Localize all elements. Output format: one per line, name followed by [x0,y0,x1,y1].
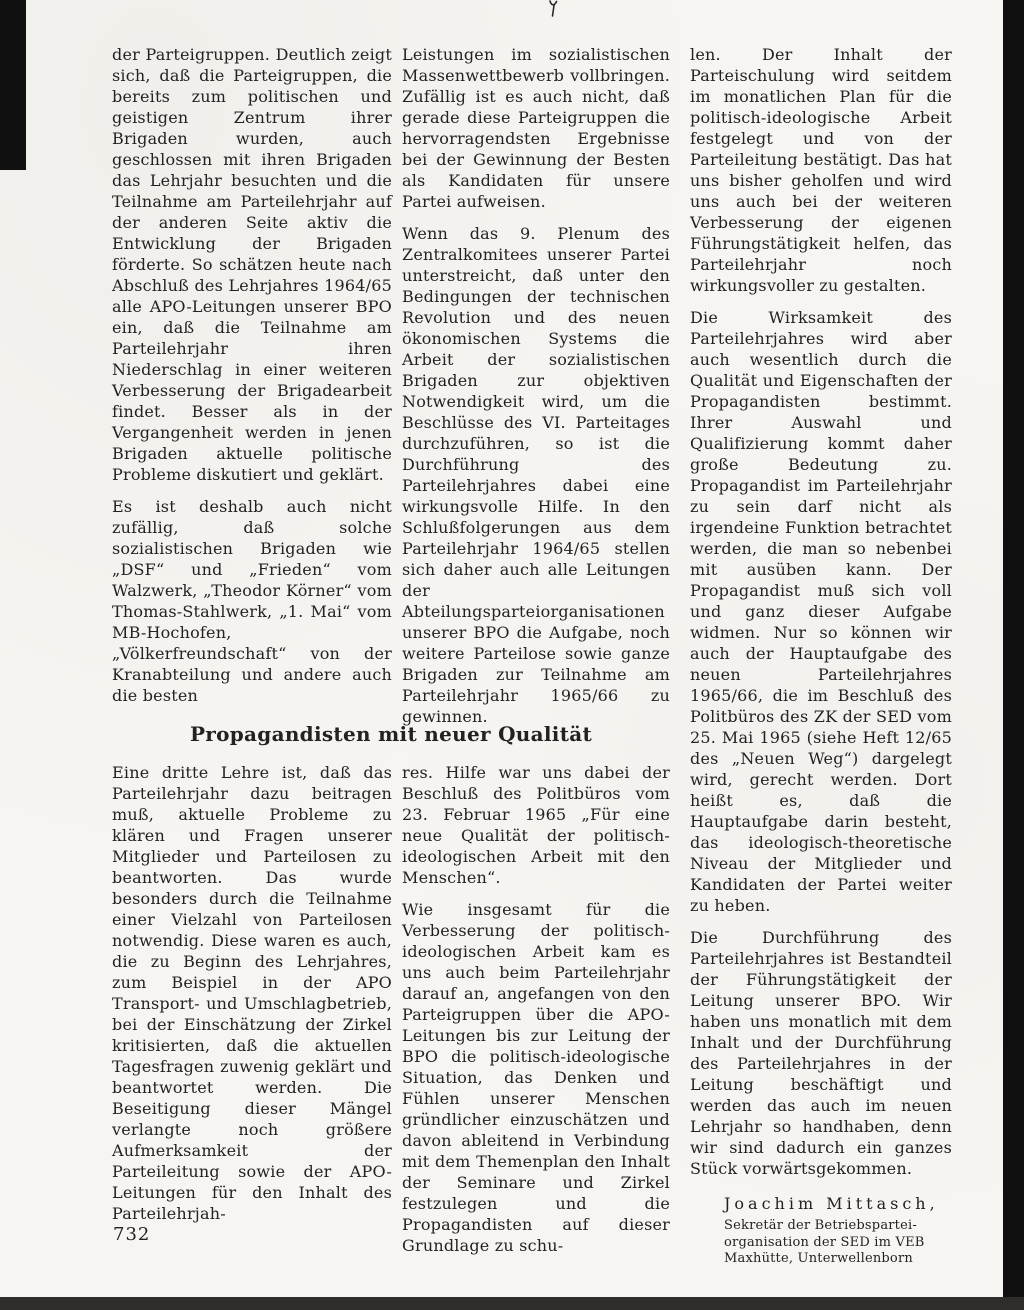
paragraph: Leistungen im sozialistischen Massenwett… [402,44,670,212]
scanned-page: der Parteigruppen. Deutlich zeigt sich, … [0,0,1024,1310]
paragraph: len. Der Inhalt der Parteischulung wird … [690,44,952,296]
paragraph: res. Hilfe war uns dabei der Beschluß de… [402,762,670,888]
paragraph: Eine dritte Lehre ist, daß das Parteileh… [112,762,392,1224]
signature-role-line: organisation der SED im VEB [724,1235,952,1252]
paragraph: Wenn das 9. Plenum des Zentralkomitees u… [402,223,670,727]
page-number: 732 [113,1224,150,1245]
paragraph: Wie insgesamt für die Verbesserung der p… [402,899,670,1256]
column-1-top: der Parteigruppen. Deutlich zeigt sich, … [112,44,392,706]
scan-edge-left-bar [0,0,26,170]
scan-artifact-mark [547,0,561,18]
signature-role-line: Sekretär der Betriebspartei- [724,1218,952,1235]
paragraph: Es ist deshalb auch nicht zufällig, daß … [112,496,392,706]
signature-role-line: Maxhütte, Unterwellenborn [724,1251,952,1268]
paragraph: Die Durchführung des Parteilehrjahres is… [690,927,952,1179]
scan-edge-bottom-bar [0,1297,1024,1310]
paragraph: Die Wirksamkeit des Parteilehrjahres wir… [690,307,952,916]
article-heading: Propagandisten mit neuer Qualität [112,722,670,746]
paragraph: der Parteigruppen. Deutlich zeigt sich, … [112,44,392,485]
column-2-bottom: res. Hilfe war uns dabei der Beschluß de… [402,762,670,1256]
column-2-top: Leistungen im sozialistischen Massenwett… [402,44,670,727]
column-3: len. Der Inhalt der Parteischulung wird … [690,44,952,1268]
signature-name: Joachim Mittasch, [724,1193,952,1214]
column-1-bottom: Eine dritte Lehre ist, daß das Parteileh… [112,762,392,1224]
signature-block: Joachim Mittasch, Sekretär der Betriebsp… [724,1193,952,1268]
scan-edge-right-bar [1003,0,1024,1310]
